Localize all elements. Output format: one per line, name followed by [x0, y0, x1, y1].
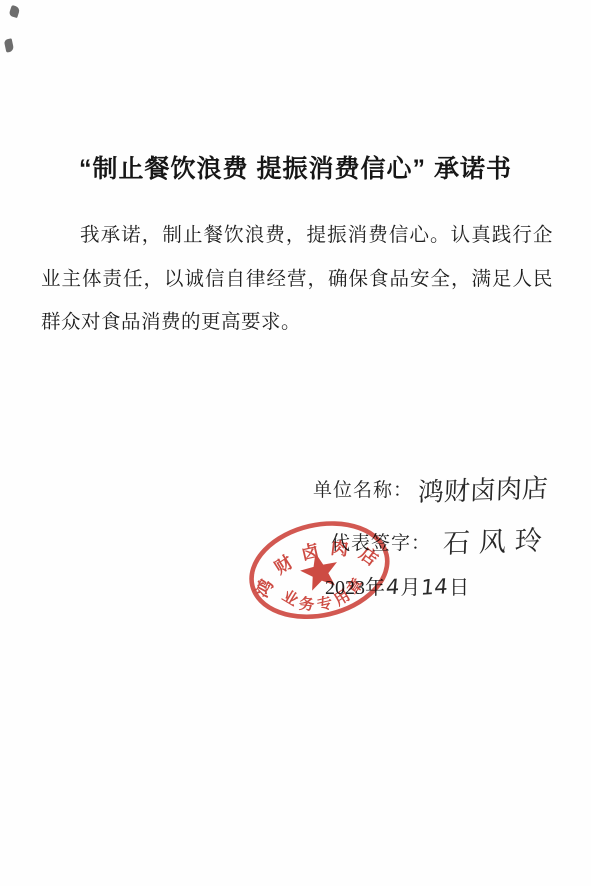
commitment-paragraph: 我承诺，制止餐饮浪费，提振消费信心。认真践行企业主体责任，以诚信自律经营，确保食…	[41, 214, 553, 345]
scan-speck	[4, 38, 15, 52]
date-day-handwritten: 14	[420, 574, 449, 599]
company-stamp: 鸿财卤肉店 业务专用章	[232, 498, 406, 643]
document-page: “制止餐饮浪费 提振消费信心” 承诺书 我承诺，制止餐饮浪费，提振消费信心。认真…	[0, 0, 591, 886]
page-title: “制止餐饮浪费 提振消费信心” 承诺书	[0, 149, 591, 185]
unit-name-row: 单位名称：鸿财卤肉店	[313, 470, 548, 507]
scan-speck	[9, 5, 21, 18]
unit-name-handwritten: 鸿财卤肉店	[417, 468, 548, 510]
signature-handwritten: 石风玲	[442, 518, 551, 561]
date-day-char: 日	[449, 577, 469, 599]
unit-name-label: 单位名称：	[313, 480, 413, 501]
